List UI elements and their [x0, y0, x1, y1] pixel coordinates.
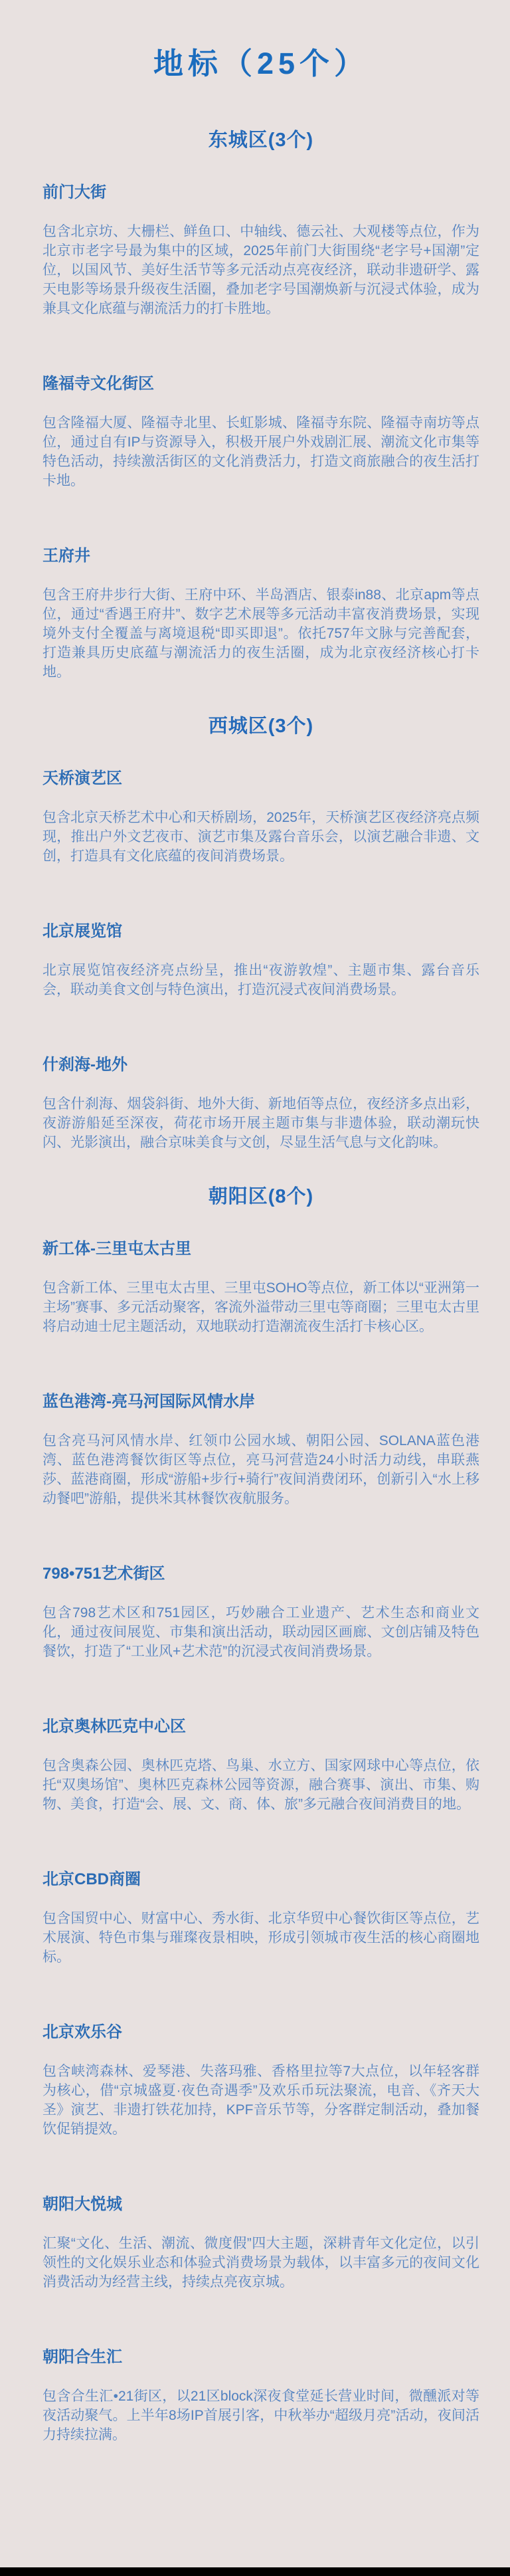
- bottom-black-bar: [0, 2567, 510, 2576]
- landmark-title: 新工体-三里屯太古里: [42, 1240, 479, 1258]
- district-heading-xicheng: 西城区(3个): [42, 715, 479, 738]
- landmark-title: 北京展览馆: [42, 922, 479, 941]
- landmark-description: 包含合生汇•21街区，以21区block深夜食堂延长营业时间，微醺派对等夜活动聚…: [42, 2387, 479, 2444]
- landmark-title: 朝阳合生汇: [42, 2348, 479, 2367]
- landmark-title: 北京欢乐谷: [42, 2023, 479, 2042]
- district-heading-chaoyang: 朝阳区(8个): [42, 1185, 479, 1208]
- landmark-description: 包含奥森公园、奥林匹克塔、鸟巢、水立方、国家网球中心等点位，依托“双奥场馆”、奥…: [42, 1756, 479, 1814]
- landmark-title: 798•751艺术街区: [42, 1565, 479, 1583]
- district-section-xicheng: 西城区(3个) 天桥演艺区 包含北京天桥艺术中心和天桥剧场，2025年，天桥演艺…: [42, 715, 479, 1152]
- landmark-description: 包含北京坊、大栅栏、鲜鱼口、中轴线、德云社、大观楼等点位，作为北京市老字号最为集…: [42, 222, 479, 318]
- landmark-title: 前门大街: [42, 183, 479, 202]
- landmark-item: 798•751艺术街区 包含798艺术区和751园区，巧妙融合工业遗产、艺术生态…: [42, 1565, 479, 1661]
- landmark-description: 包含新工体、三里屯太古里、三里屯SOHO等点位，新工体以“亚洲第一主场”赛事、多…: [42, 1278, 479, 1336]
- landmark-description: 包含北京天桥艺术中心和天桥剧场，2025年，天桥演艺区夜经济亮点频现，推出户外文…: [42, 808, 479, 866]
- landmark-item: 前门大街 包含北京坊、大栅栏、鲜鱼口、中轴线、德云社、大观楼等点位，作为北京市老…: [42, 183, 479, 318]
- landmark-title: 北京CBD商圈: [42, 1870, 479, 1889]
- landmark-item: 隆福寺文化街区 包含隆福大厦、隆福寺北里、长虹影城、隆福寺东院、隆福寺南坊等点位…: [42, 375, 479, 490]
- landmark-item: 蓝色港湾-亮马河国际风情水岸 包含亮马河风情水岸、红领巾公园水域、朝阳公园、SO…: [42, 1393, 479, 1508]
- article-page: 地标（25个） 东城区(3个) 前门大街 包含北京坊、大栅栏、鲜鱼口、中轴线、德…: [0, 0, 510, 2576]
- landmark-title: 蓝色港湾-亮马河国际风情水岸: [42, 1393, 479, 1411]
- landmark-description: 包含亮马河风情水岸、红领巾公园水域、朝阳公园、SOLANA蓝色港湾、蓝色港湾餐饮…: [42, 1431, 479, 1508]
- landmark-title: 朝阳大悦城: [42, 2195, 479, 2214]
- district-section-chaoyang: 朝阳区(8个) 新工体-三里屯太古里 包含新工体、三里屯太古里、三里屯SOHO等…: [42, 1185, 479, 2444]
- landmark-description: 包含王府井步行大街、王府中环、半岛酒店、银泰in88、北京apm等点位，通过“香…: [42, 585, 479, 682]
- landmark-item: 朝阳合生汇 包含合生汇•21街区，以21区block深夜食堂延长营业时间，微醺派…: [42, 2348, 479, 2444]
- landmark-description: 包含什刹海、烟袋斜街、地外大街、新地佰等点位，夜经济多点出彩，夜游游船延至深夜，…: [42, 1094, 479, 1152]
- landmark-title: 什刹海-地外: [42, 1056, 479, 1074]
- landmark-item: 北京欢乐谷 包含峡湾森林、爱琴港、失落玛雅、香格里拉等7大点位，以年轻客群为核心…: [42, 2023, 479, 2139]
- landmark-title: 隆福寺文化街区: [42, 375, 479, 393]
- landmark-item: 天桥演艺区 包含北京天桥艺术中心和天桥剧场，2025年，天桥演艺区夜经济亮点频现…: [42, 769, 479, 866]
- district-section-dongcheng: 东城区(3个) 前门大街 包含北京坊、大栅栏、鲜鱼口、中轴线、德云社、大观楼等点…: [42, 129, 479, 682]
- landmark-title: 王府井: [42, 547, 479, 565]
- landmark-title: 北京奥林匹克中心区: [42, 1718, 479, 1736]
- landmark-description: 包含798艺术区和751园区，巧妙融合工业遗产、艺术生态和商业文化，通过夜间展览…: [42, 1603, 479, 1661]
- landmark-item: 北京奥林匹克中心区 包含奥森公园、奥林匹克塔、鸟巢、水立方、国家网球中心等点位，…: [42, 1718, 479, 1814]
- landmark-description: 包含隆福大厦、隆福寺北里、长虹影城、隆福寺东院、隆福寺南坊等点位，通过自有IP与…: [42, 413, 479, 490]
- landmark-title: 天桥演艺区: [42, 769, 479, 788]
- landmark-item: 王府井 包含王府井步行大街、王府中环、半岛酒店、银泰in88、北京apm等点位，…: [42, 547, 479, 682]
- landmark-item: 新工体-三里屯太古里 包含新工体、三里屯太古里、三里屯SOHO等点位，新工体以“…: [42, 1240, 479, 1336]
- landmark-description: 北京展览馆夜经济亮点纷呈，推出“夜游敦煌”、主题市集、露台音乐会，联动美食文创与…: [42, 961, 479, 999]
- page-title: 地标（25个）: [42, 47, 479, 81]
- landmark-item: 朝阳大悦城 汇聚“文化、生活、潮流、微度假”四大主题，深耕青年文化定位，以引领性…: [42, 2195, 479, 2292]
- landmark-item: 北京CBD商圈 包含国贸中心、财富中心、秀水街、北京华贸中心餐饮街区等点位，艺术…: [42, 1870, 479, 1967]
- landmark-description: 包含国贸中心、财富中心、秀水街、北京华贸中心餐饮街区等点位，艺术展演、特色市集与…: [42, 1909, 479, 1967]
- landmark-item: 什刹海-地外 包含什刹海、烟袋斜街、地外大街、新地佰等点位，夜经济多点出彩，夜游…: [42, 1056, 479, 1152]
- landmark-description: 包含峡湾森林、爱琴港、失落玛雅、香格里拉等7大点位，以年轻客群为核心，借“京城盛…: [42, 2062, 479, 2139]
- landmark-item: 北京展览馆 北京展览馆夜经济亮点纷呈，推出“夜游敦煌”、主题市集、露台音乐会，联…: [42, 922, 479, 999]
- district-heading-dongcheng: 东城区(3个): [42, 129, 479, 151]
- landmark-description: 汇聚“文化、生活、潮流、微度假”四大主题，深耕青年文化定位，以引领性的文化娱乐业…: [42, 2234, 479, 2292]
